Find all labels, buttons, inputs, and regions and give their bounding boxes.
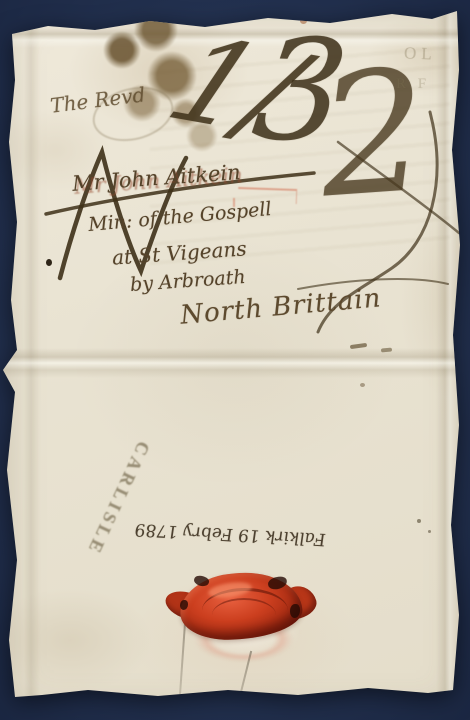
letter-cover-paper: The Revd 1/ 3 2 Mr John Aitkein Mr John … — [0, 0, 470, 720]
paper-edge-vignette — [0, 0, 470, 720]
paper-shadow-wrap: The Revd 1/ 3 2 Mr John Aitkein Mr John … — [0, 0, 470, 720]
letter-photo: The Revd 1/ 3 2 Mr John Aitkein Mr John … — [0, 0, 470, 720]
